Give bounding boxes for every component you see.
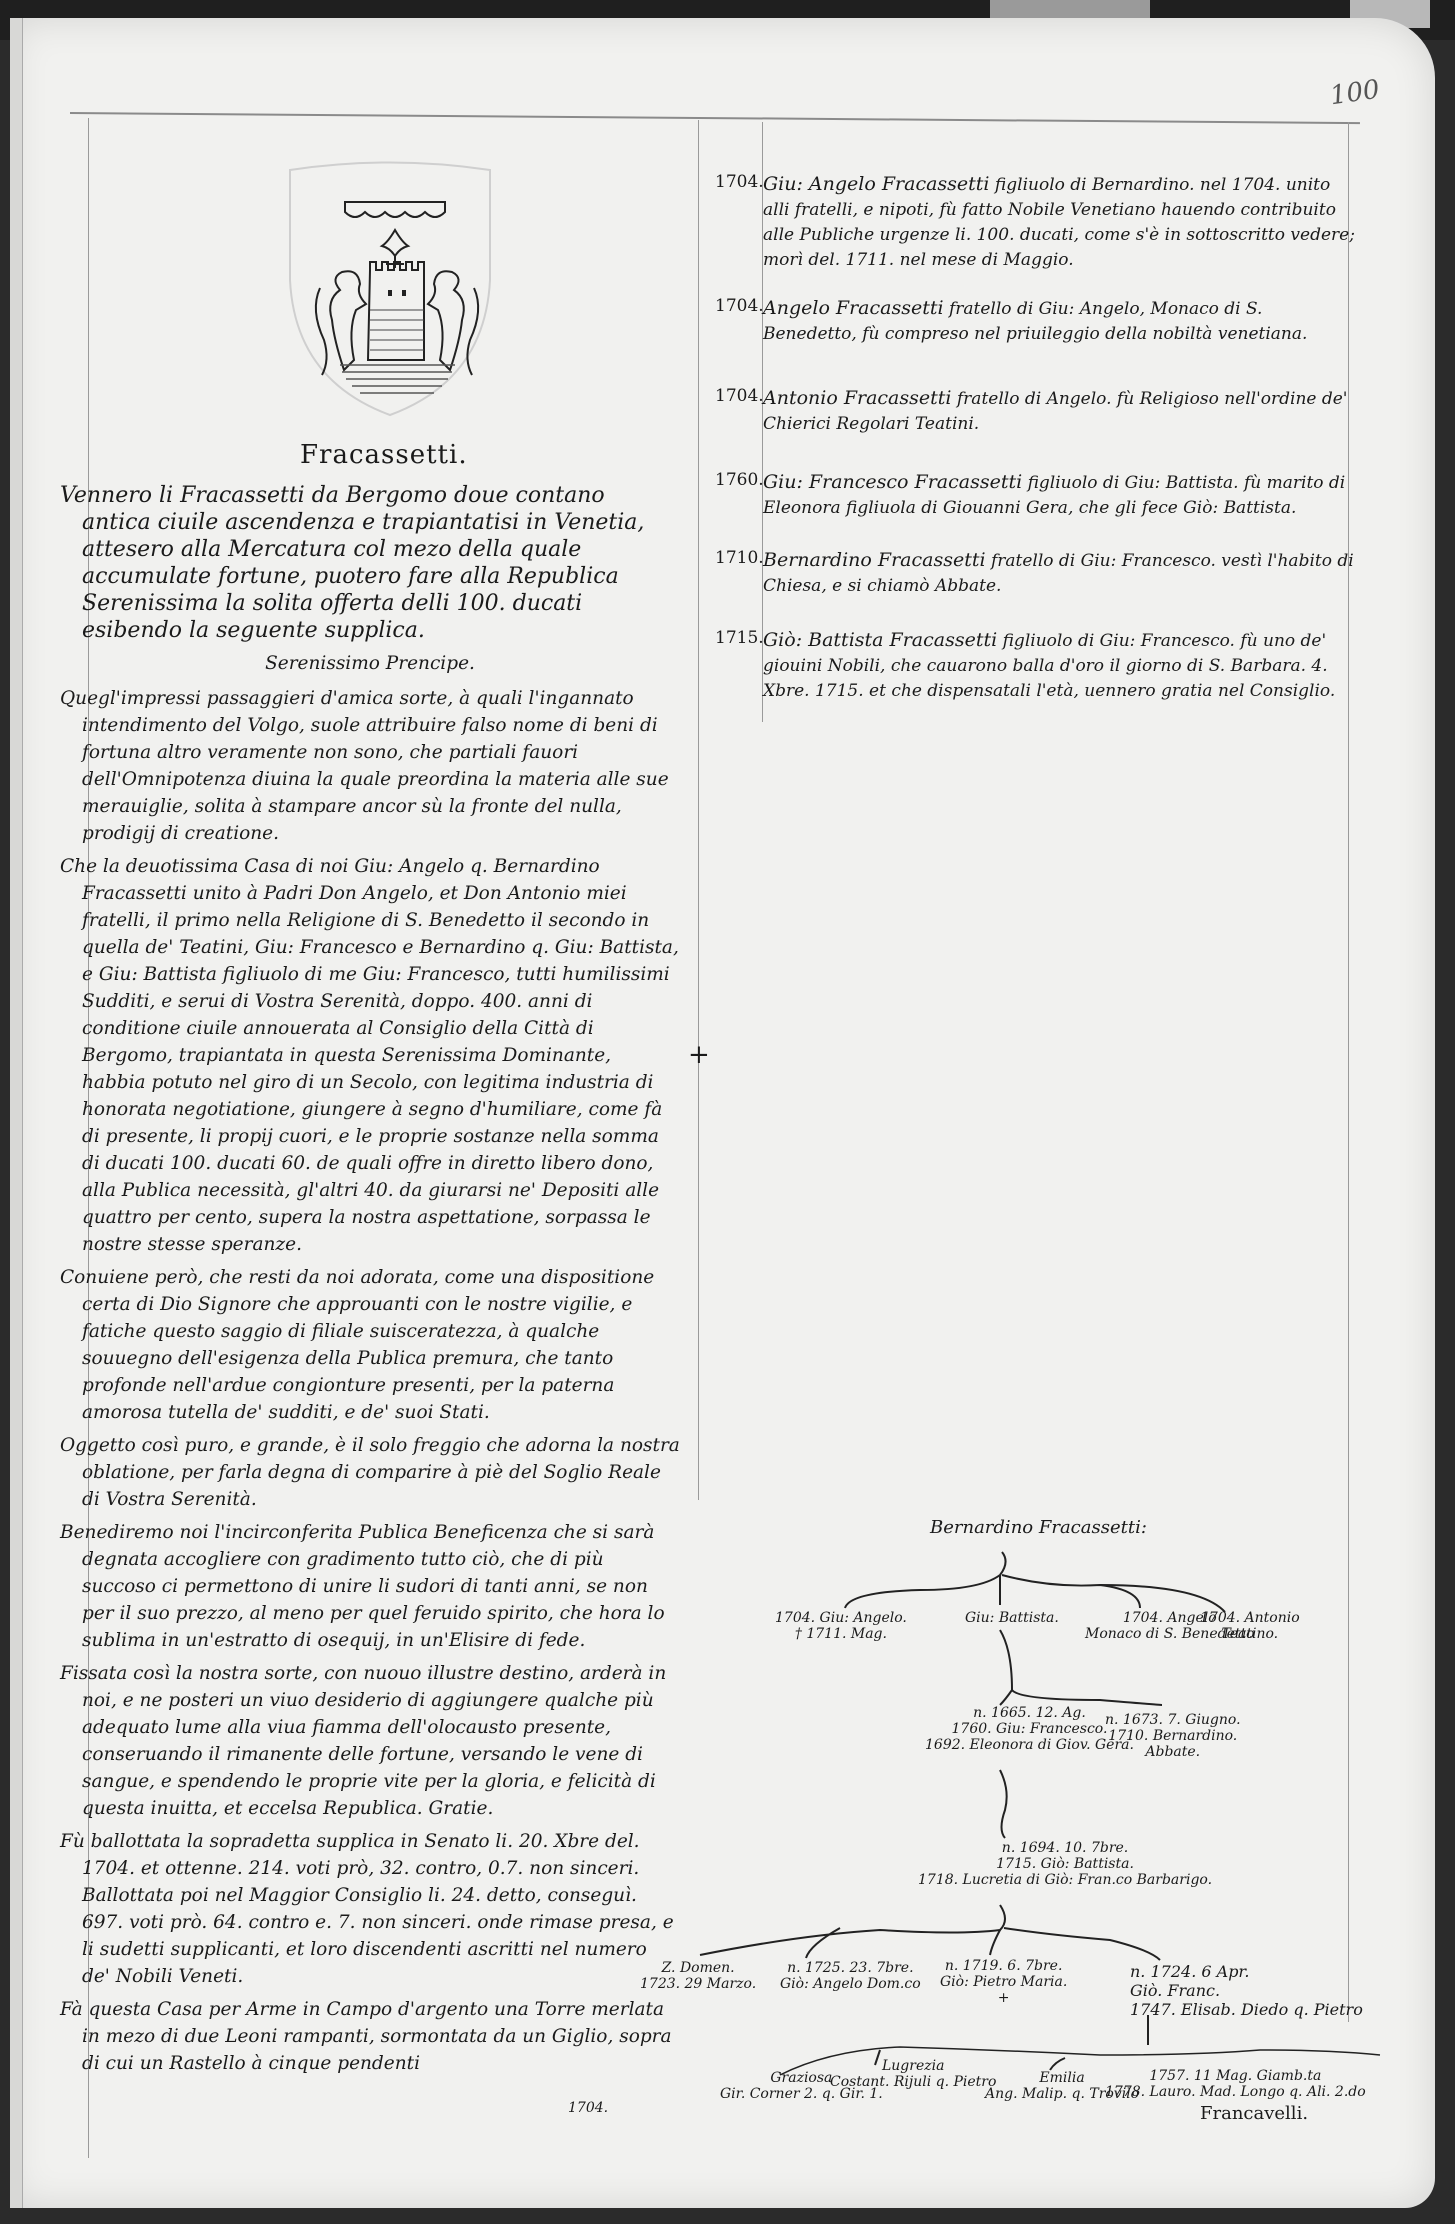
tree-node: n. 1694. 10. 7bre. 1715. Giò: Battista. … — [918, 1840, 1212, 1888]
coat-of-arms-icon — [270, 160, 510, 420]
tree-node: 1757. 11 Mag. Giamb.ta 1778. Lauro. Mad.… — [1105, 2068, 1366, 2100]
genealogy-entry: 1704. Angelo Fracassetti fratello di Giu… — [715, 296, 1355, 347]
tree-node-label: 1704. Giu: Angelo. — [775, 1610, 907, 1626]
entry-name: Angelo Fracassetti — [763, 297, 944, 319]
margin-year: 1704. — [568, 2100, 608, 2116]
tree-node-label: Giò: Pietro Maria. — [940, 1974, 1067, 1990]
entry-name: Giu: Francesco Fracassetti — [763, 471, 1022, 493]
genealogy-entry: 1704. Antonio Fracassetti fratello di An… — [715, 386, 1355, 437]
tree-node-birth: n. 1694. 10. 7bre. — [918, 1840, 1212, 1856]
tree-node: n. 1665. 12. Ag. 1760. Giu: Francesco. 1… — [925, 1705, 1134, 1753]
tree-node-label: 1760. Giu: Francesco. — [925, 1721, 1134, 1737]
tree-node-label: Giò. Franc. — [1130, 1981, 1363, 2000]
salutation: Serenissimo Prencipe. — [60, 650, 680, 677]
paragraph: Benediremo noi l'incirconferita Publica … — [60, 1519, 680, 1654]
tree-node: Giu: Battista. — [965, 1610, 1059, 1626]
tree-node-birth: n. 1724. 6 Apr. — [1130, 1962, 1363, 1981]
paragraph: Fissata così la nostra sorte, con nuouo … — [60, 1660, 680, 1822]
tree-node-date: 1723. 29 Marzo. — [640, 1976, 756, 1992]
tree-node-birth: n. 1673. 7. Giugno. — [1105, 1712, 1241, 1728]
entry-year: 1704. — [715, 172, 763, 273]
tree-node-birth: n. 1725. 23. 7bre. — [780, 1960, 921, 1976]
paragraph: Oggetto così puro, e grande, è il solo f… — [60, 1432, 680, 1513]
tree-node-note: 1718. Lucretia di Giò: Fran.co Barbarigo… — [918, 1872, 1212, 1888]
genealogy-entry: 1710. Bernardino Fracassetti fratello di… — [715, 548, 1355, 599]
genealogy-entry: 1715. Giò: Battista Fracassetti figliuol… — [715, 628, 1355, 704]
tree-node-label: Giu: Battista. — [965, 1610, 1059, 1626]
tree-node-birth: n. 1665. 12. Ag. — [925, 1705, 1134, 1721]
tree-node-birth: n. 1719. 6. 7bre. — [940, 1958, 1067, 1974]
petition-text: Vennero li Fracassetti da Bergomo doue c… — [60, 482, 680, 2083]
tree-node-label: Lugrezia — [830, 2058, 996, 2074]
tree-node-note: Teatino. — [1200, 1626, 1300, 1642]
genealogy-entry: 1704. Giu: Angelo Fracassetti figliuolo … — [715, 172, 1355, 273]
tree-node: Lugrezia Costant. Rijuli q. Pietro — [830, 2058, 996, 2090]
paragraph: Che la deuotissima Casa di noi Giu: Ange… — [60, 853, 680, 1258]
tree-node-note: 1747. Elisab. Diedo q. Pietro — [1130, 2000, 1363, 2019]
margin-cross-mark: + — [688, 1040, 710, 1070]
tree-node-note: 1778. Lauro. Mad. Longo q. Ali. 2.do — [1105, 2084, 1366, 2100]
entry-year: 1710. — [715, 548, 763, 599]
tree-node-note: 1692. Eleonora di Giov. Gera. — [925, 1737, 1134, 1753]
genealogy-entry: 1760. Giu: Francesco Fracassetti figliuo… — [715, 470, 1355, 521]
tree-root: Bernardino Fracassetti: — [930, 1520, 1147, 1536]
tree-node-label: 1710. Bernardino. — [1105, 1728, 1241, 1744]
tree-node-label: 1757. 11 Mag. Giamb.ta — [1105, 2068, 1366, 2084]
column-divider-rule — [698, 120, 699, 1500]
entry-name: Giu: Angelo Fracassetti — [763, 173, 990, 195]
tree-node-note: Abbate. — [1105, 1744, 1241, 1760]
entry-name: Antonio Fracassetti — [763, 387, 951, 409]
tree-node-label: 1704. Antonio — [1200, 1610, 1300, 1626]
tree-node: n. 1719. 6. 7bre. Giò: Pietro Maria. + — [940, 1958, 1067, 2006]
tree-node: n. 1673. 7. Giugno. 1710. Bernardino. Ab… — [1105, 1712, 1241, 1760]
tree-node-label: Z. Domen. — [640, 1960, 756, 1976]
tree-node: 1704. Giu: Angelo. † 1711. Mag. — [775, 1610, 907, 1642]
tree-node: 1704. Antonio Teatino. — [1200, 1610, 1300, 1642]
ballot-paragraph: Fù ballottata la sopradetta supplica in … — [60, 1828, 680, 1990]
tree-node-note: Costant. Rijuli q. Pietro — [830, 2074, 996, 2090]
paragraph: Quegl'impressi passaggieri d'amica sorte… — [60, 685, 680, 847]
tree-node: Z. Domen. 1723. 29 Marzo. — [640, 1960, 756, 1992]
footer-surname: Francavelli. — [1200, 2106, 1308, 2122]
entry-name: Giò: Battista Fracassetti — [763, 629, 997, 651]
tree-node-label: 1715. Giò: Battista. — [918, 1856, 1212, 1872]
entry-year: 1704. — [715, 296, 763, 347]
arms-description-paragraph: Fà questa Casa per Arme in Campo d'argen… — [60, 1996, 680, 2077]
intro-paragraph: Vennero li Fracassetti da Bergomo doue c… — [60, 482, 680, 644]
entry-year: 1760. — [715, 470, 763, 521]
page-binding-edge — [10, 18, 23, 2208]
tree-node-note: + — [940, 1990, 1067, 2006]
entry-name: Bernardino Fracassetti — [763, 549, 986, 571]
tree-node-note: † 1711. Mag. — [775, 1626, 907, 1642]
entry-year: 1715. — [715, 628, 763, 704]
tree-node: n. 1725. 23. 7bre. Giò: Angelo Dom.co — [780, 1960, 921, 1992]
tree-node-label: Giò: Angelo Dom.co — [780, 1976, 921, 1992]
family-title: Fracassetti. — [300, 440, 468, 470]
entry-year: 1704. — [715, 386, 763, 437]
paragraph: Conuiene però, che resti da noi adorata,… — [60, 1264, 680, 1426]
tree-node: n. 1724. 6 Apr. Giò. Franc. 1747. Elisab… — [1130, 1962, 1363, 2019]
